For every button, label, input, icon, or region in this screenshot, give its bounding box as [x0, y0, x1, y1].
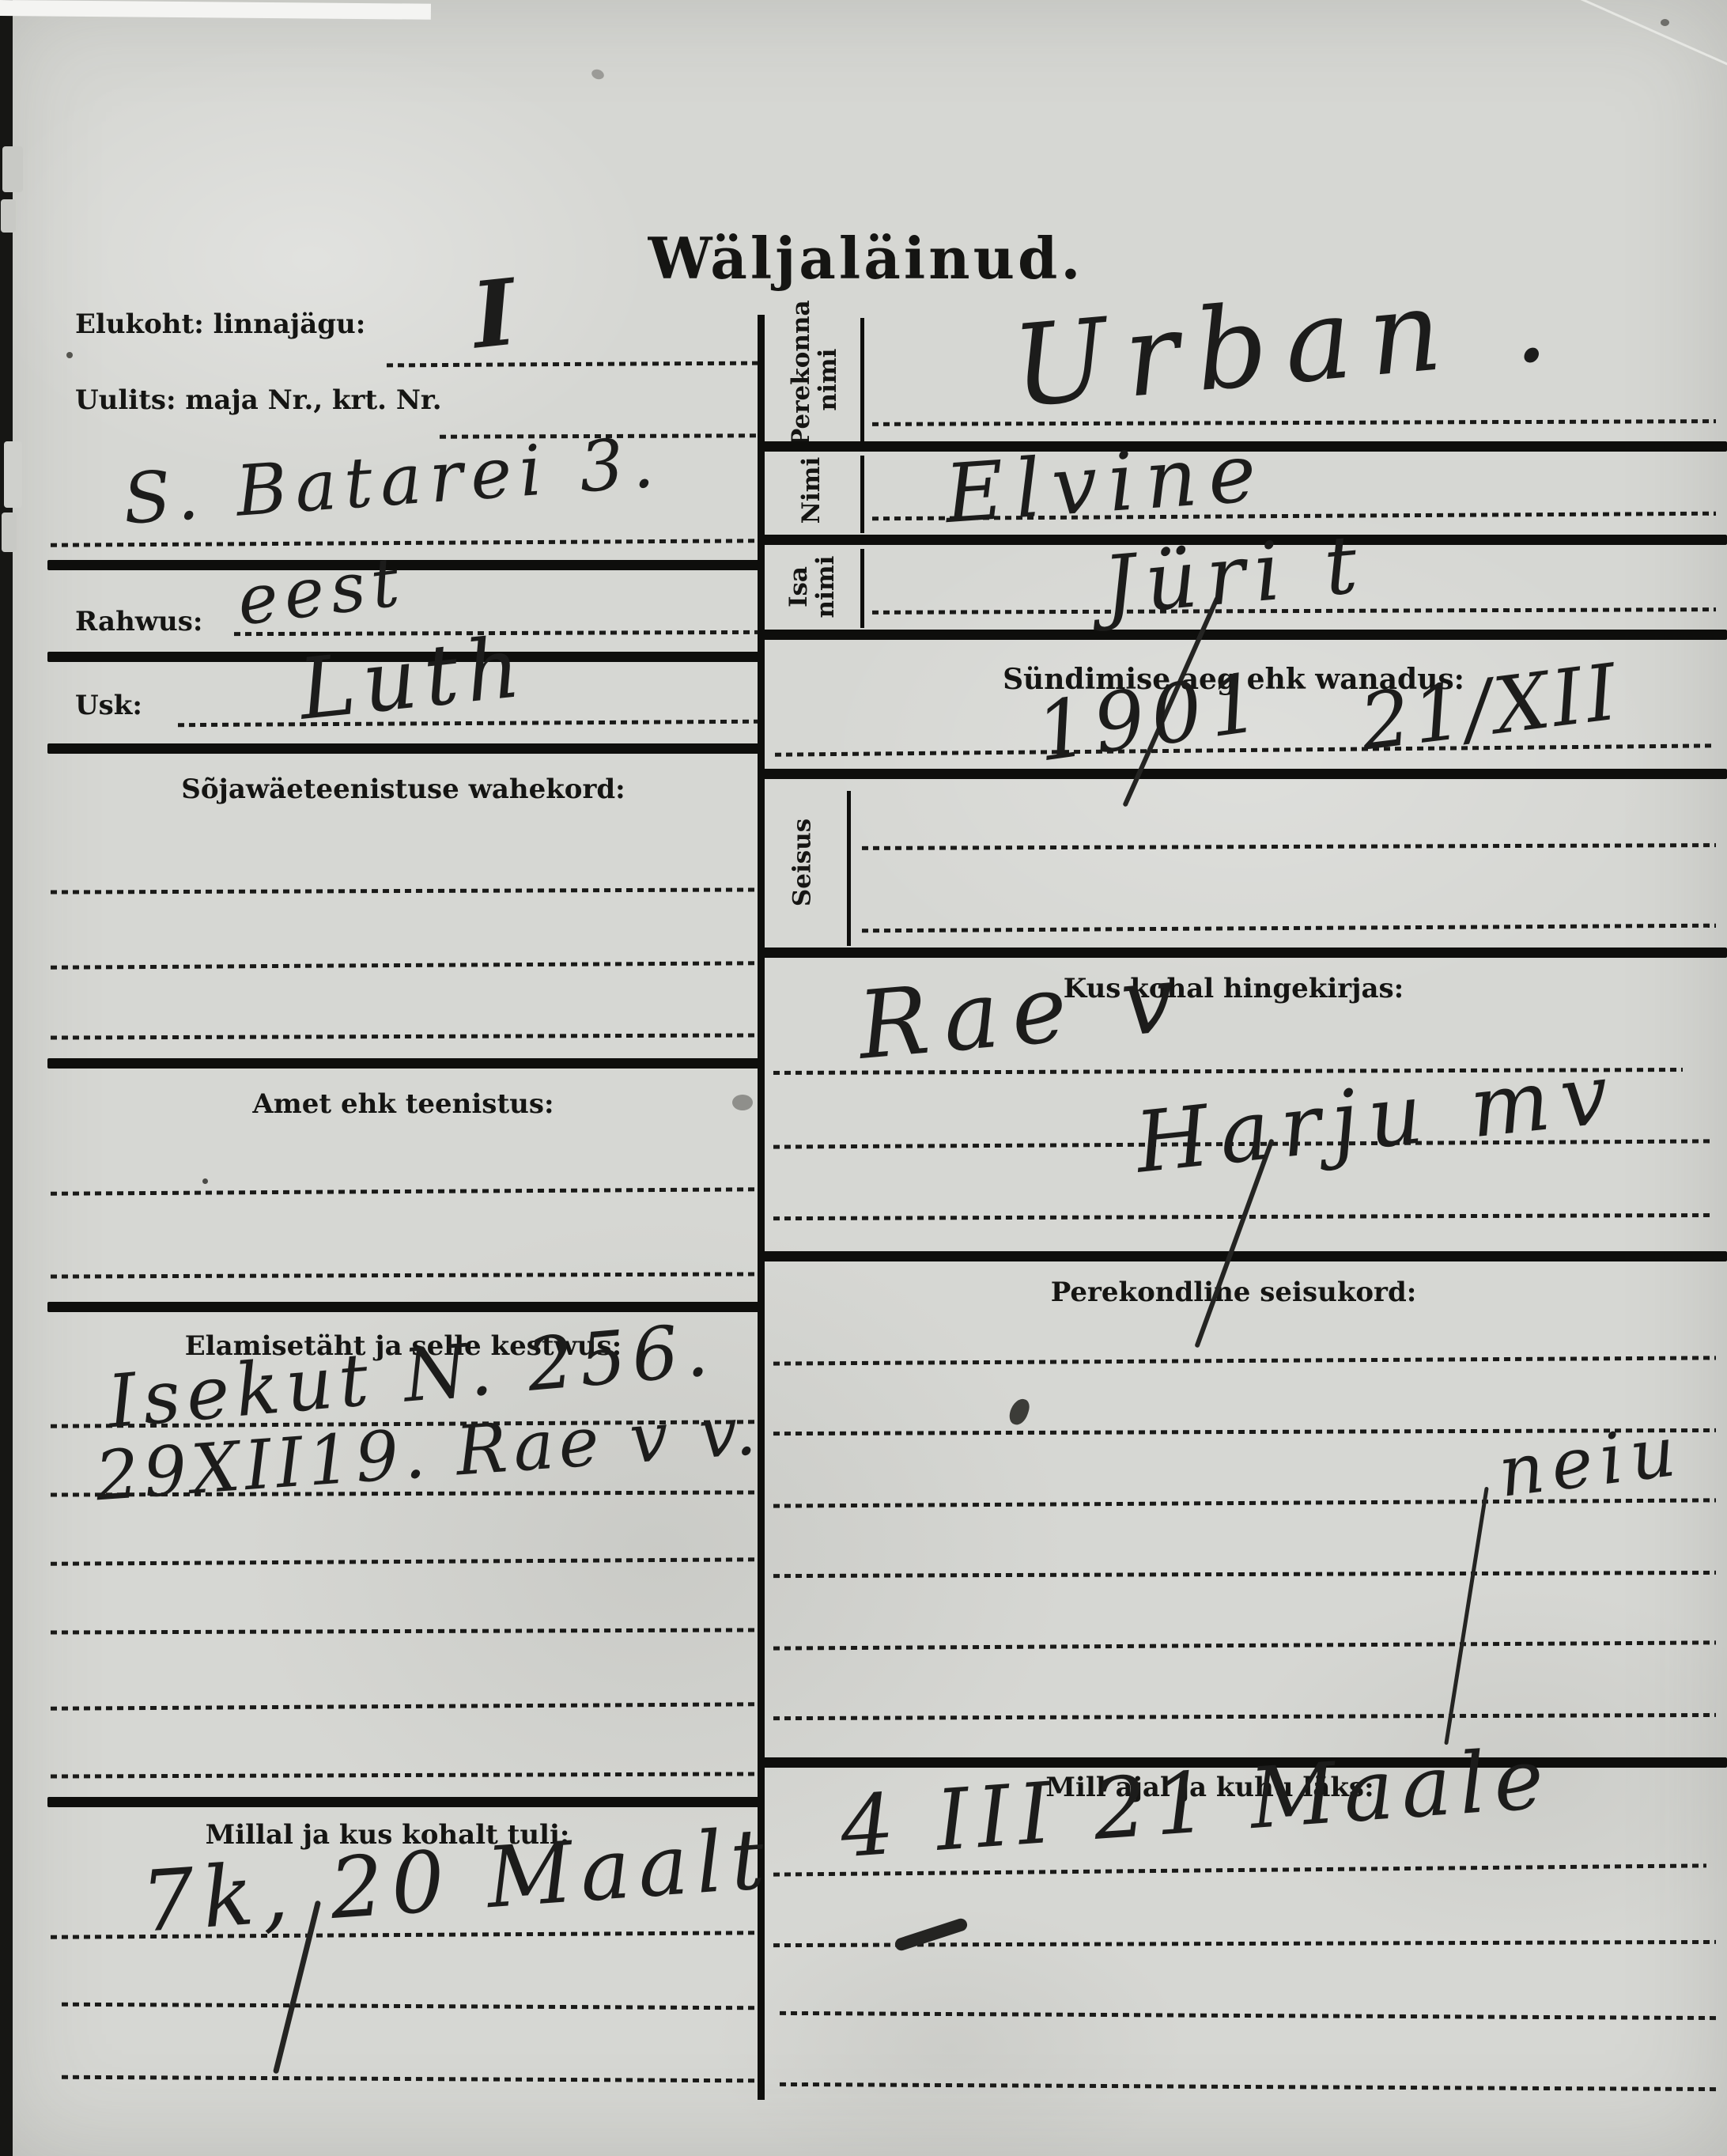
torn-paper-tab: [4, 441, 22, 508]
scan-left-edge: [0, 0, 13, 2156]
dotted-line: [51, 1628, 758, 1634]
nationality-label: Rahwus:: [75, 606, 202, 637]
label-divider-rule: [860, 318, 864, 443]
dotted-line: [780, 2011, 1716, 2020]
dotted-line: [51, 1557, 758, 1565]
nationality-handwritten-value: eest: [233, 542, 410, 641]
scanned-registration-card: Wäljaläinud. Elukoht: linnajägu: I Uulit…: [0, 0, 1727, 2156]
dotted-line: [773, 1713, 1716, 1720]
dotted-line: [51, 1033, 758, 1039]
ink-speck: [1661, 19, 1669, 26]
scan-top-edge: [0, 0, 431, 20]
marital-status-label: Perekondline seisukord:: [933, 1277, 1534, 1308]
parish-handwritten-line2: Harju mv: [1131, 1044, 1623, 1191]
dotted-line: [862, 924, 1716, 933]
father-name-label: Isa nimi: [785, 543, 852, 630]
rule: [758, 769, 1727, 779]
rule: [47, 560, 761, 570]
status-label: Seisus: [789, 796, 825, 930]
rule: [47, 1302, 761, 1312]
dotted-line: [780, 2082, 1716, 2091]
dotted-line: [773, 1356, 1716, 1365]
occupation-label: Amet ehk teenistus:: [127, 1088, 680, 1120]
street-label: Uulits: maja Nr., krt. Nr.: [75, 384, 442, 416]
dotted-line: [51, 1772, 758, 1778]
rule: [758, 948, 1727, 958]
military-service-label: Sõjawäeteenistuse wahekord:: [127, 774, 680, 805]
label-divider-rule: [860, 549, 864, 628]
page-title: Wäljaläinud.: [510, 225, 1222, 292]
torn-paper-tab: [2, 513, 17, 552]
dotted-line: [862, 843, 1716, 850]
dotted-line: [62, 2075, 758, 2083]
ink-speck: [66, 352, 73, 358]
dotted-line: [62, 2003, 758, 2010]
first-name-label: Nimi: [798, 447, 831, 534]
ink-speck: [1007, 1396, 1031, 1427]
pen-flourish: [1444, 1487, 1489, 1746]
pen-flourish: [894, 1917, 969, 1953]
parish-handwritten-line1: Rae v: [854, 943, 1191, 1080]
dotted-line: [773, 1640, 1716, 1650]
dotted-line: [51, 1187, 758, 1195]
residence-label: Elukoht: linnajägu:: [75, 308, 365, 340]
marital-status-handwritten-value: neiu: [1495, 1409, 1687, 1513]
label-divider-rule: [847, 791, 851, 946]
rule: [47, 1058, 761, 1069]
dotted-line: [387, 361, 758, 368]
family-name-label: Perekonna nimi: [788, 312, 854, 447]
rule: [758, 630, 1727, 640]
ink-speck: [590, 68, 605, 81]
religion-label: Usk:: [75, 690, 142, 721]
rule: [47, 743, 761, 754]
label-divider-rule: [860, 456, 864, 533]
ink-speck: [732, 1095, 753, 1110]
departure-handwritten-value: 4 III 21 Maale: [837, 1730, 1555, 1877]
rule: [47, 1797, 761, 1807]
torn-paper-tab: [1, 199, 16, 233]
dotted-line: [872, 419, 1716, 426]
street-handwritten-value: S. Batarei 3.: [120, 421, 664, 539]
dotted-line: [51, 1272, 758, 1278]
ink-speck: [202, 1178, 208, 1184]
torn-paper-tab: [2, 146, 23, 192]
rule: [758, 1251, 1727, 1261]
dotted-line: [51, 539, 758, 547]
dotted-line: [51, 887, 758, 894]
dotted-line: [51, 1702, 758, 1710]
dotted-line: [51, 961, 758, 969]
dotted-line: [773, 1571, 1716, 1578]
paper-corner-line: [1551, 0, 1727, 84]
